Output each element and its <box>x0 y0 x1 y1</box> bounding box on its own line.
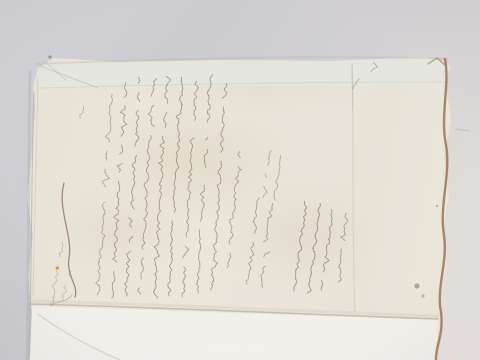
photograph-of-manuscript <box>0 0 480 360</box>
manuscript-paper <box>0 0 480 360</box>
paper-top-fold-strip <box>0 0 480 360</box>
paper-bottom-fold-flap <box>0 0 480 360</box>
